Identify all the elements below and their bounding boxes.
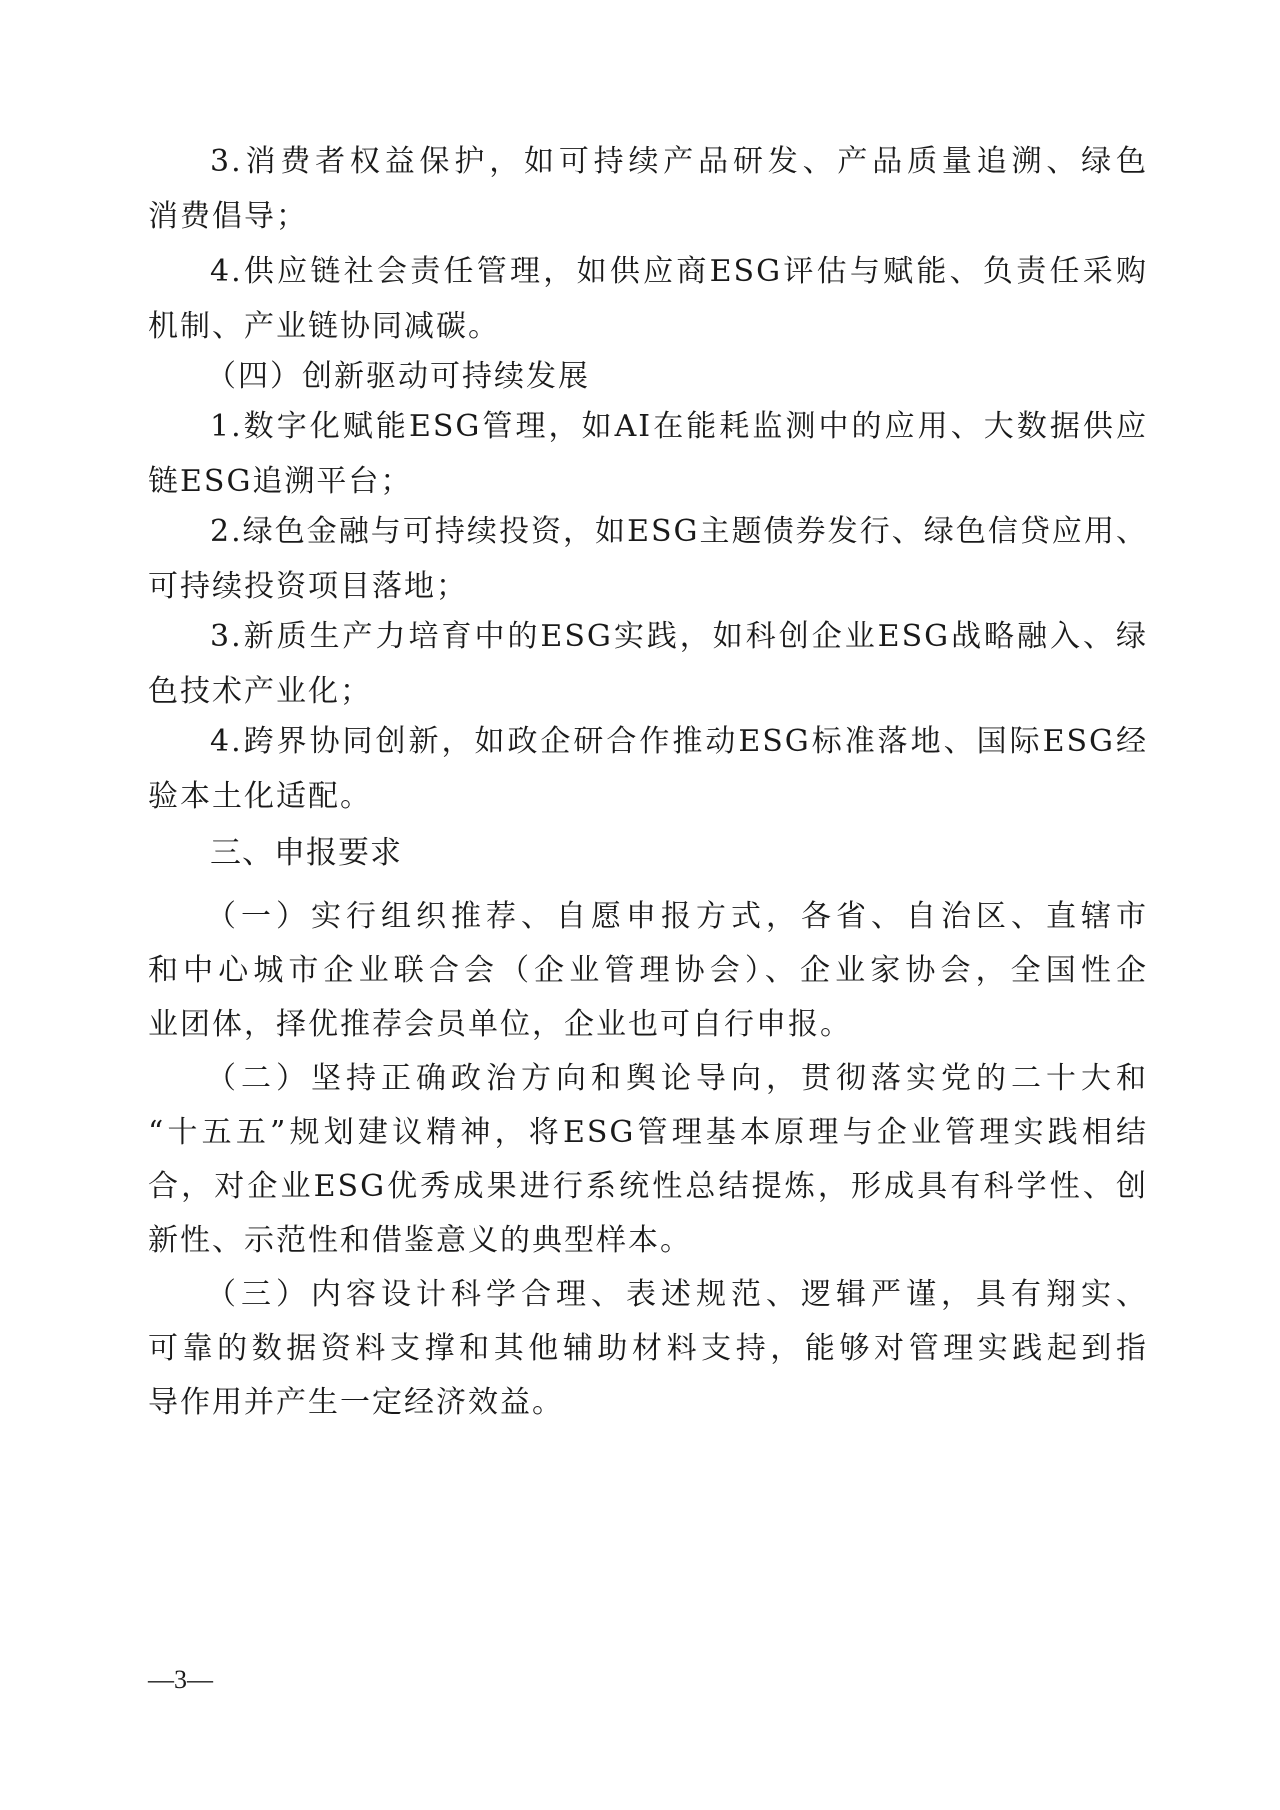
paragraph-green-finance-line-1: 2.绿色金融与可持续投资，如ESG主题债券发行、绿色信贷应用、	[210, 512, 1148, 552]
paragraph-requirement-1-line-2: 和中心城市企业联合会（企业管理协会）、企业家协会，全国性企	[148, 951, 1148, 991]
paragraph-consumer-rights-line-1: 3.消费者权益保护，如可持续产品研发、产品质量追溯、绿色	[210, 142, 1148, 182]
paragraph-supply-chain-line-1: 4.供应链社会责任管理，如供应商ESG评估与赋能、负责任采购	[210, 252, 1148, 292]
paragraph-digital-esg-line-1: 1.数字化赋能ESG管理，如AI在能耗监测中的应用、大数据供应	[210, 407, 1148, 447]
paragraph-new-productivity-line-2: 色技术产业化；	[148, 672, 1148, 712]
paragraph-requirement-2-line-2: “十五五”规划建议精神，将ESG管理基本原理与企业管理实践相结	[148, 1113, 1148, 1153]
paragraph-requirement-1-line-3: 业团体，择优推荐会员单位，企业也可自行申报。	[148, 1005, 1148, 1045]
paragraph-new-productivity-line-1: 3.新质生产力培育中的ESG实践，如科创企业ESG战略融入、绿	[210, 617, 1148, 657]
paragraph-requirement-2-line-1: （二）坚持正确政治方向和舆论导向，贯彻落实党的二十大和	[206, 1059, 1148, 1099]
paragraph-requirement-1-line-1: （一）实行组织推荐、自愿申报方式，各省、自治区、直辖市	[206, 897, 1148, 937]
paragraph-consumer-rights-line-2: 消费倡导；	[148, 197, 1148, 237]
subsection-heading-innovation: （四）创新驱动可持续发展	[206, 357, 1148, 397]
paragraph-requirement-2-line-3: 合，对企业ESG优秀成果进行系统性总结提炼，形成具有科学性、创	[148, 1167, 1148, 1207]
paragraph-supply-chain-line-2: 机制、产业链协同减碳。	[148, 307, 1148, 347]
page-number: —3—	[148, 1665, 213, 1695]
paragraph-cross-border-line-2: 验本土化适配。	[148, 777, 1148, 817]
paragraph-requirement-3-line-1: （三）内容设计科学合理、表述规范、逻辑严谨，具有翔实、	[206, 1275, 1148, 1315]
paragraph-requirement-2-line-4: 新性、示范性和借鉴意义的典型样本。	[148, 1221, 1148, 1261]
paragraph-requirement-3-line-3: 导作用并产生一定经济效益。	[148, 1383, 1148, 1423]
paragraph-green-finance-line-2: 可持续投资项目落地；	[148, 567, 1148, 607]
paragraph-requirement-3-line-2: 可靠的数据资料支撑和其他辅助材料支持，能够对管理实践起到指	[148, 1329, 1148, 1369]
paragraph-digital-esg-line-2: 链ESG追溯平台；	[148, 462, 1148, 502]
paragraph-cross-border-line-1: 4.跨界协同创新，如政企研合作推动ESG标准落地、国际ESG经	[210, 722, 1148, 762]
section-heading-application-requirements: 三、申报要求	[210, 833, 402, 873]
document-page: 3.消费者权益保护，如可持续产品研发、产品质量追溯、绿色 消费倡导； 4.供应链…	[0, 0, 1280, 1810]
